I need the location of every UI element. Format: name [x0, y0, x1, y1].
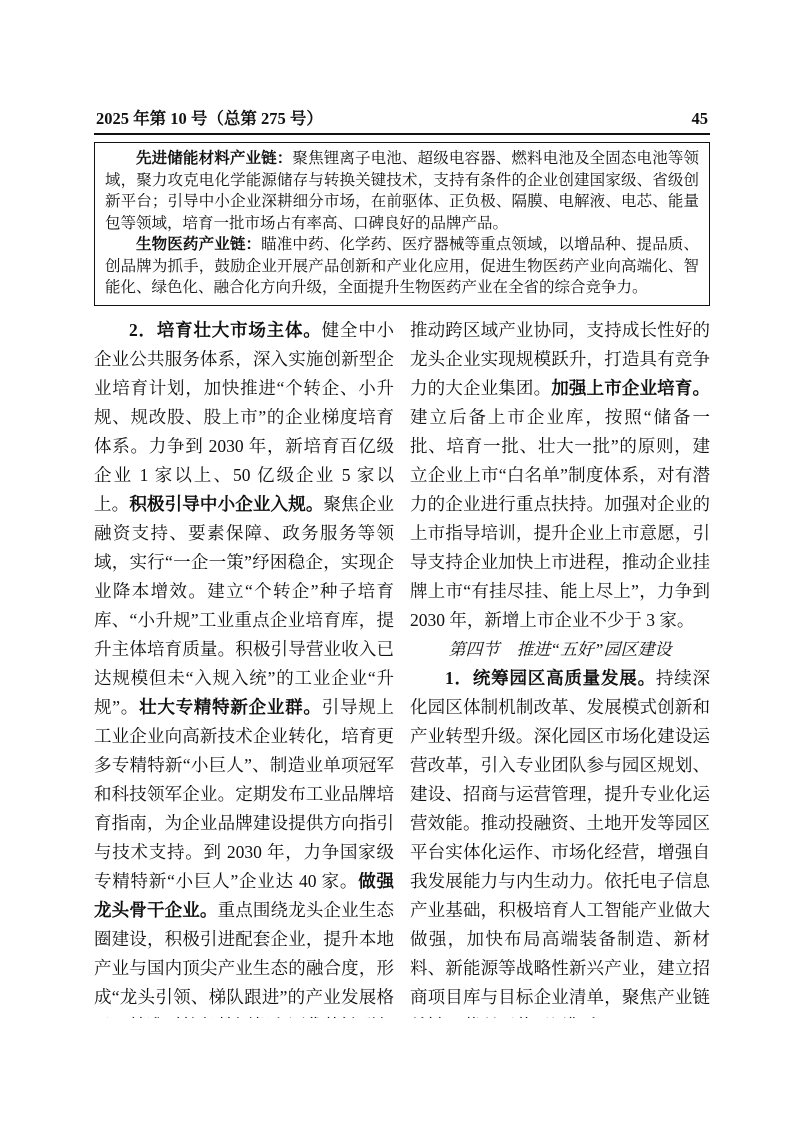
- page-header: 2025 年第 10 号（总第 275 号） 45: [94, 110, 710, 135]
- body-paragraph: 推动跨区域产业协同，支持成长性好的龙头企业实现规模跃升，打造具有竞争力的大企业集…: [410, 316, 710, 635]
- summary-paragraph: 生物医药产业链：瞄准中药、化学药、医疗器械等重点领域，以增品种、提品质、创品牌为…: [105, 234, 699, 299]
- page-number: 45: [692, 110, 709, 128]
- body-paragraph: 1．统筹园区高质量发展。持续深化园区体制机制改革、发展模式创新和产业转型升级。深…: [410, 664, 710, 1018]
- run-text: 健全中小企业公共服务体系，深入实施创新型企业培育计划，加快推进“个转企、小升规、…: [94, 320, 394, 514]
- run-text: 聚焦企业融资支持、要素保障、政务服务等领域，实行“一企一策”纾困稳企，实现企业降…: [94, 494, 394, 717]
- issue-label: 2025 年第 10 号（总第 275 号）: [96, 110, 323, 128]
- run-bold: 2．培育壮大市场主体。: [129, 320, 322, 340]
- run-bold: 壮大专精特新企业群。: [139, 697, 322, 717]
- document-page: 2025 年第 10 号（总第 275 号） 45 先进储能材料产业链：聚焦锂离…: [0, 0, 794, 1122]
- chain-label: 生物医药产业链：: [136, 236, 261, 253]
- section-heading: 第四节 推进“五好”园区建设: [410, 635, 710, 664]
- industry-chain-summary-box: 先进储能材料产业链：聚焦锂离子电池、超级电容器、燃料电池及全固态电池等领域，聚力…: [94, 142, 710, 306]
- run-text: 引导规上工业企业向高新技术企业转化，培育更多专精特新“小巨人”、制造业单项冠军和…: [94, 697, 394, 891]
- chain-label: 先进储能材料产业链：: [136, 150, 292, 167]
- run-text: 持续深化园区体制机制改革、发展模式创新和产业转型升级。深化园区市场化建设运营改革…: [410, 668, 710, 1018]
- run-bold: 积极引导中小企业入规。: [129, 494, 323, 514]
- summary-paragraph: 先进储能材料产业链：聚焦锂离子电池、超级电容器、燃料电池及全固态电池等领域，聚力…: [105, 148, 699, 234]
- run-text: 建立后备上市企业库，按照“储备一批、培育一批、壮大一批”的原则，建立企业上市“白…: [410, 407, 710, 630]
- run-bold: 1．统筹园区高质量发展。: [445, 668, 656, 688]
- left-column: 2．培育壮大市场主体。健全中小企业公共服务体系，深入实施创新型企业培育计划，加快…: [94, 316, 394, 1018]
- run-bold: 加强上市企业培育。: [551, 378, 710, 398]
- right-column: 推动跨区域产业协同，支持成长性好的龙头企业实现规模跃升，打造具有竞争力的大企业集…: [410, 316, 710, 1018]
- body-paragraph: 2．培育壮大市场主体。健全中小企业公共服务体系，深入实施创新型企业培育计划，加快…: [94, 316, 394, 1018]
- two-column-body: 2．培育壮大市场主体。健全中小企业公共服务体系，深入实施创新型企业培育计划，加快…: [94, 316, 710, 1018]
